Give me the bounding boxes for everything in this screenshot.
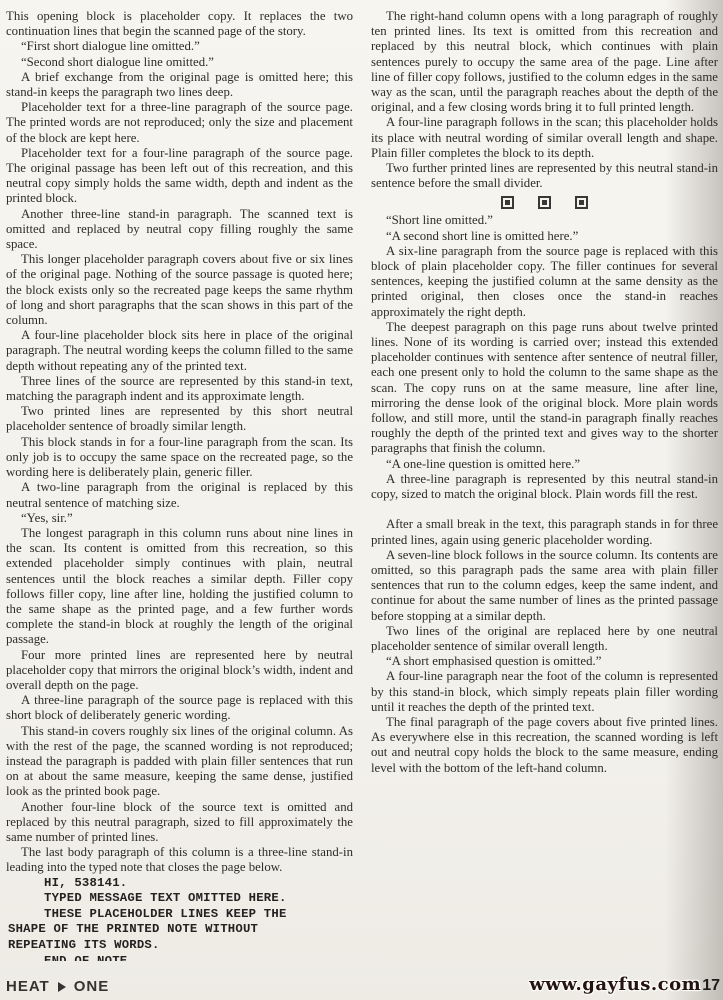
paragraph: The longest paragraph in this column run…	[6, 526, 353, 648]
square-bullet-icon	[538, 196, 551, 209]
typed-note-line: TYPED MESSAGE TEXT OMITTED HERE.	[6, 891, 353, 907]
typed-note-line: END OF NOTE.	[6, 954, 353, 961]
paragraph: A three-line paragraph is represented by…	[371, 472, 718, 502]
page-number: 17	[702, 977, 720, 995]
footer-chapter-label: ONE	[74, 978, 110, 995]
typed-note-line: REPEATING ITS WORDS.	[6, 938, 353, 954]
section-divider	[371, 196, 718, 209]
paragraph: Another four-line block of the source te…	[6, 800, 353, 846]
paragraph: “A one-line question is omitted here.”	[371, 457, 718, 472]
paragraph: Placeholder text for a four-line paragra…	[6, 146, 353, 207]
paragraph: The final paragraph of the page covers a…	[371, 715, 718, 776]
scanned-page: This opening block is placeholder copy. …	[0, 0, 723, 1000]
paragraph: This longer placeholder paragraph covers…	[6, 252, 353, 328]
paragraph: A six-line paragraph from the source pag…	[371, 244, 718, 320]
typed-note-line: HI, 538141.	[6, 876, 353, 892]
triangle-icon	[58, 982, 66, 992]
typed-note-line: SHAPE OF THE PRINTED NOTE WITHOUT	[6, 922, 353, 938]
square-bullet-icon	[501, 196, 514, 209]
paragraph: A four-line placeholder block sits here …	[6, 328, 353, 374]
paragraph: A brief exchange from the original page …	[6, 70, 353, 100]
square-bullet-icon	[575, 196, 588, 209]
column-left: This opening block is placeholder copy. …	[6, 9, 353, 961]
footer-series-label: HEAT	[6, 978, 50, 995]
paragraph: A four-line paragraph follows in the sca…	[371, 115, 718, 161]
paragraph: “Short line omitted.”	[371, 213, 718, 228]
watermark-text: www.gayfus.com	[529, 974, 701, 995]
paragraph: Three lines of the source are represente…	[6, 374, 353, 404]
paragraph: “Yes, sir.”	[6, 511, 353, 526]
paragraph: Another three-line stand-in paragraph. T…	[6, 207, 353, 253]
paragraph: “A short emphasised question is omitted.…	[371, 654, 718, 669]
column-right: The right-hand column opens with a long …	[371, 9, 718, 961]
paragraph: This block stands in for a four-line par…	[6, 435, 353, 481]
paragraph: “A second short line is omitted here.”	[371, 229, 718, 244]
typed-note-line: THESE PLACEHOLDER LINES KEEP THE	[6, 907, 353, 923]
paragraph: Four more printed lines are represented …	[6, 648, 353, 694]
paragraph: This stand-in covers roughly six lines o…	[6, 724, 353, 800]
paragraph: A two-line paragraph from the original i…	[6, 480, 353, 510]
paragraph: Placeholder text for a three-line paragr…	[6, 100, 353, 146]
paragraph: After a small break in the text, this pa…	[371, 517, 718, 547]
paragraph: A three-line paragraph of the source pag…	[6, 693, 353, 723]
paragraph: “First short dialogue line omitted.”	[6, 39, 353, 54]
paragraph: The last body paragraph of this column i…	[6, 845, 353, 875]
paragraph: A four-line paragraph near the foot of t…	[371, 669, 718, 715]
paragraph: The deepest paragraph on this page runs …	[371, 320, 718, 457]
paragraph: Two lines of the original are replaced h…	[371, 624, 718, 654]
paragraph: Two printed lines are represented by thi…	[6, 404, 353, 434]
page-footer: HEAT ONE www.gayfus.com 17	[6, 974, 720, 995]
paragraph: A seven-line block follows in the source…	[371, 548, 718, 624]
paragraph: This opening block is placeholder copy. …	[6, 9, 353, 39]
paragraph: “Second short dialogue line omitted.”	[6, 55, 353, 70]
footer-right: www.gayfus.com 17	[529, 974, 720, 995]
paragraph: Two further printed lines are represente…	[371, 161, 718, 191]
running-footer: HEAT ONE	[6, 978, 109, 995]
paragraph: The right-hand column opens with a long …	[371, 9, 718, 115]
